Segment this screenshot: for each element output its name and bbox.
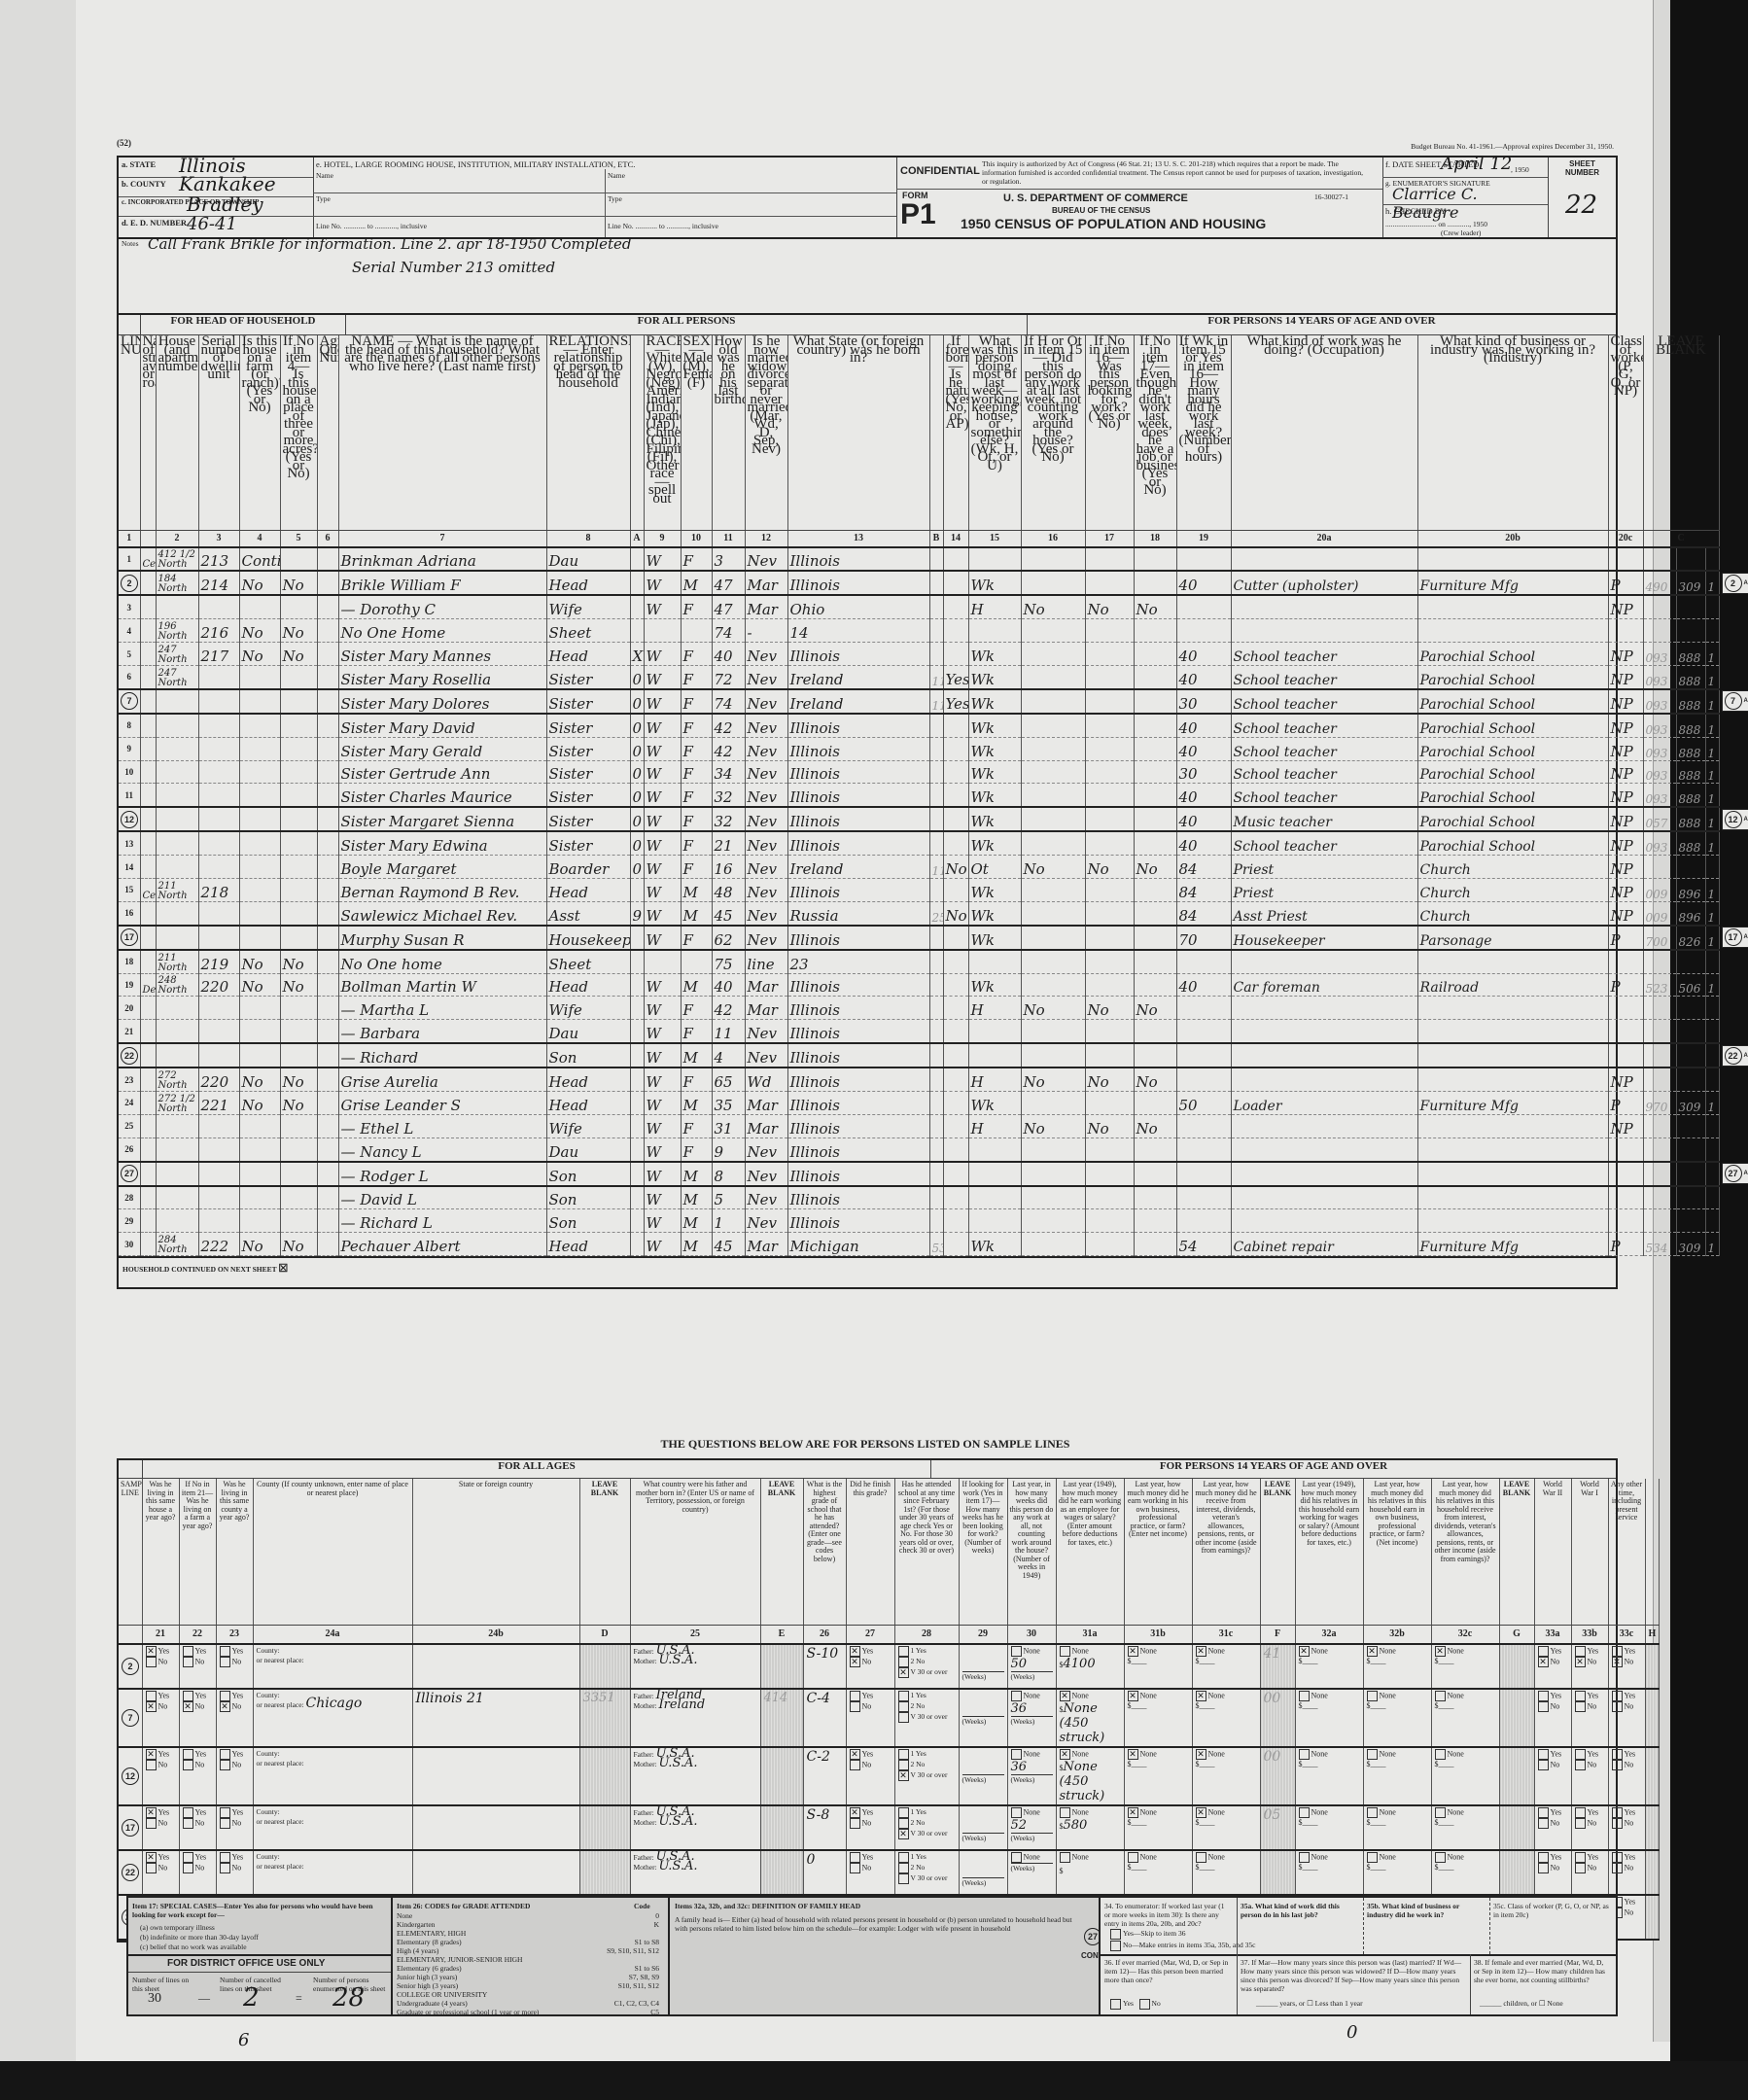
farm-answer: No: [239, 950, 280, 973]
marital-status: Nev: [745, 831, 787, 855]
q32c-none-checkbox[interactable]: [1435, 1807, 1446, 1818]
agri-questionnaire: [317, 831, 338, 855]
q31c-none-checkbox[interactable]: ✕: [1196, 1691, 1206, 1701]
q32a-none-checkbox[interactable]: [1299, 1807, 1310, 1818]
sex: M: [681, 878, 712, 901]
industry: Parochial School: [1417, 831, 1608, 855]
sample-cell: YesNo: [179, 1747, 216, 1805]
q22-no-checkbox[interactable]: [183, 1863, 193, 1873]
sample-cell: 1 Yes2 NoV 30 or over: [894, 1689, 959, 1747]
activity-last-week: [968, 1209, 1021, 1233]
q31b-none-checkbox[interactable]: ✕: [1128, 1646, 1138, 1657]
q28-no-checkbox[interactable]: [898, 1701, 909, 1712]
table-row: 1Center412 1/2 North213ContinuedBrinkman…: [119, 547, 1719, 572]
q23-yes-checkbox[interactable]: [220, 1691, 230, 1701]
race: W: [644, 643, 681, 666]
line-number: 16: [119, 901, 140, 925]
q23-no-checkbox[interactable]: [220, 1657, 230, 1667]
col-head-3: Serial number of dwelling unit: [198, 335, 239, 530]
birthplace: Illinois: [787, 1137, 929, 1161]
q32a-none-checkbox[interactable]: [1299, 1691, 1310, 1701]
q32c-none-checkbox[interactable]: [1435, 1852, 1446, 1863]
code-industry: [1676, 1067, 1705, 1091]
q27-yes-checkbox[interactable]: ✕: [850, 1807, 860, 1818]
farm-answer: [239, 595, 280, 618]
dwelling-serial: 220: [198, 973, 239, 997]
q33a-no-checkbox[interactable]: ✕: [1538, 1657, 1549, 1667]
q23-yes-checkbox[interactable]: [220, 1646, 230, 1657]
q30-none-checkbox[interactable]: [1011, 1807, 1022, 1818]
leave-blank-b: [929, 1114, 943, 1137]
age: 31: [712, 1114, 745, 1137]
looking-for-work: [1085, 807, 1134, 831]
q22-yes-checkbox[interactable]: [183, 1852, 193, 1863]
line-number: 11: [119, 784, 140, 807]
q36-no-checkbox[interactable]: [1139, 1999, 1150, 2010]
code-class: [1705, 1137, 1719, 1161]
q31c-none-checkbox[interactable]: ✕: [1196, 1749, 1206, 1760]
q33c-yes-checkbox[interactable]: [1612, 1691, 1623, 1701]
agri-questionnaire: [317, 1137, 338, 1161]
q21-yes-checkbox[interactable]: [146, 1691, 157, 1701]
code-industry: [1676, 1186, 1705, 1209]
age: 8: [712, 1162, 745, 1186]
person-name: Sister Mary Gerald: [338, 737, 546, 760]
q28-over30-checkbox[interactable]: [898, 1712, 909, 1723]
birthplace: Illinois: [787, 737, 929, 760]
age: 11: [712, 1020, 745, 1043]
race: W: [644, 760, 681, 784]
did-any-work: [1021, 547, 1085, 572]
code-industry: 888: [1676, 807, 1705, 831]
q27-yes-checkbox[interactable]: [850, 1852, 860, 1863]
activity-last-week: [968, 1137, 1021, 1161]
sample-col-num: H: [1645, 1625, 1659, 1644]
age: 3: [712, 547, 745, 572]
has-job: [1134, 619, 1176, 643]
age: 48: [712, 878, 745, 901]
line-number: 10: [119, 760, 140, 784]
naturalized: [943, 831, 968, 855]
activity-last-week: [968, 1186, 1021, 1209]
house-number: 196 North: [156, 619, 198, 643]
street-name: Center: [140, 878, 156, 901]
grade-code-item: ELEMENTARY, HIGH: [397, 1929, 659, 1938]
q34-no-label: No—Make entries in items 35a, 35b, and 3…: [1123, 1941, 1255, 1949]
q33b-yes-checkbox[interactable]: [1575, 1691, 1586, 1701]
col-head-1: Name of street, avenue, or road: [140, 335, 156, 530]
acres-answer: [280, 1162, 317, 1186]
class-of-worker: [1608, 1043, 1643, 1067]
sample-cell: ✕None$____: [1192, 1689, 1260, 1747]
department-name: U. S. DEPARTMENT OF COMMERCE: [1003, 192, 1188, 204]
q27-yes-checkbox[interactable]: ✕: [850, 1749, 860, 1760]
street-name: [140, 689, 156, 714]
q27-no-checkbox[interactable]: [850, 1760, 860, 1770]
q33a-yes-checkbox[interactable]: [1538, 1807, 1549, 1818]
q30-none-checkbox[interactable]: [1011, 1852, 1022, 1863]
naturalized: [943, 737, 968, 760]
occupation: [1231, 1162, 1417, 1186]
age: 74: [712, 689, 745, 714]
did-any-work: [1021, 878, 1085, 901]
leave-blank-a: [630, 1043, 644, 1067]
q33a-yes-checkbox[interactable]: [1538, 1749, 1549, 1760]
district-office-label: FOR DISTRICT OFFICE USE ONLY: [167, 1958, 325, 1969]
code-industry: 826: [1676, 926, 1705, 950]
street-name: [140, 1233, 156, 1256]
q28-over30-checkbox[interactable]: ✕: [898, 1770, 909, 1781]
industry: [1417, 997, 1608, 1020]
age: 32: [712, 807, 745, 831]
q33b-no-checkbox[interactable]: [1575, 1760, 1586, 1770]
hours-worked: 40: [1176, 831, 1231, 855]
q33b-yes-checkbox[interactable]: [1575, 1749, 1586, 1760]
q36-yes-checkbox[interactable]: [1110, 1999, 1121, 2010]
q33b-no-checkbox[interactable]: [1575, 1863, 1586, 1873]
sample-cell: 3351: [579, 1689, 630, 1747]
occupation: [1231, 1186, 1417, 1209]
sex: M: [681, 1091, 712, 1114]
table-row: 27— Rodger LSonWM8NevIllinois27ASK QUES.…: [119, 1162, 1719, 1186]
table-row: 26— Nancy LDauWF9NevIllinois26: [119, 1137, 1719, 1161]
q34-yes-checkbox[interactable]: [1110, 1929, 1121, 1940]
agri-questionnaire: [317, 595, 338, 618]
location-block: a. STATE Illinois b. COUNTY Kankakee c. …: [119, 157, 314, 237]
code-class: [1705, 1186, 1719, 1209]
q31c-none-checkbox[interactable]: ✕: [1196, 1807, 1206, 1818]
q31a-none-checkbox[interactable]: ✕: [1060, 1749, 1070, 1760]
q30-none-checkbox[interactable]: [1011, 1646, 1022, 1657]
q28-no-checkbox[interactable]: [898, 1760, 909, 1770]
q22-no-checkbox[interactable]: [183, 1760, 193, 1770]
code-industry: 896: [1676, 878, 1705, 901]
q31a-none-checkbox[interactable]: ✕: [1060, 1691, 1070, 1701]
q28-no-checkbox[interactable]: [898, 1657, 909, 1667]
q31b-none-checkbox[interactable]: ✕: [1128, 1749, 1138, 1760]
sample-cell: [1645, 1805, 1659, 1850]
leave-blank-a: 0: [630, 807, 644, 831]
q27-yes-checkbox[interactable]: [850, 1691, 860, 1701]
sample-cell: [760, 1850, 803, 1895]
agri-questionnaire: [317, 1043, 338, 1067]
looking-for-work: [1085, 1091, 1134, 1114]
line-no-range-1: Line No. ............ to ............, i…: [316, 222, 427, 230]
q23-yes-checkbox[interactable]: [220, 1852, 230, 1863]
q33c-yes-checkbox[interactable]: [1612, 1852, 1623, 1863]
street-name: [140, 1067, 156, 1091]
sex: F: [681, 760, 712, 784]
street-name: [140, 1137, 156, 1161]
line-number: 12: [119, 807, 140, 831]
house-number: [156, 807, 198, 831]
table-row: 20— Martha LWifeWF42MarIllinoisHNoNoNo20: [119, 997, 1719, 1020]
q33a-yes-checkbox[interactable]: [1538, 1691, 1549, 1701]
checked-by-label: h. CHECKED BY: [1385, 206, 1447, 216]
race: W: [644, 1067, 681, 1091]
q31b-none-checkbox[interactable]: [1128, 1852, 1138, 1863]
line-number: 13: [119, 831, 140, 855]
person-name: — Dorothy C: [338, 595, 546, 618]
activity-last-week: [968, 1043, 1021, 1067]
q33c-no-checkbox[interactable]: [1612, 1760, 1623, 1770]
looking-for-work: [1085, 878, 1134, 901]
relationship: Son: [546, 1043, 630, 1067]
q21-no-checkbox[interactable]: [146, 1657, 157, 1667]
q27-no-checkbox[interactable]: [850, 1863, 860, 1873]
q28-no-checkbox[interactable]: [898, 1863, 909, 1873]
sex: M: [681, 973, 712, 997]
q32c-none-checkbox[interactable]: ✕: [1435, 1646, 1446, 1657]
q28-yes-checkbox[interactable]: [898, 1691, 909, 1701]
q30-none-checkbox[interactable]: [1011, 1691, 1022, 1701]
class-of-worker: NP: [1608, 831, 1643, 855]
hours-worked: [1176, 547, 1231, 572]
activity-last-week: [968, 619, 1021, 643]
q33a-no-checkbox[interactable]: [1538, 1863, 1549, 1873]
q33a-yes-checkbox[interactable]: [1538, 1646, 1549, 1657]
q31a-none-checkbox[interactable]: [1060, 1807, 1070, 1818]
q22-yes-checkbox[interactable]: [183, 1691, 193, 1701]
person-name: Sister Mary Mannes: [338, 643, 546, 666]
q27-yes-checkbox[interactable]: ✕: [850, 1646, 860, 1657]
q33a-no-checkbox[interactable]: [1538, 1818, 1549, 1829]
code-class: 1: [1705, 571, 1719, 595]
leave-blank-a: 0: [630, 784, 644, 807]
q33a-no-checkbox[interactable]: [1538, 1701, 1549, 1712]
q34-no-checkbox[interactable]: [1110, 1941, 1121, 1951]
sample-cell: Yes✕No: [1534, 1644, 1571, 1689]
q33b-no-checkbox[interactable]: [1575, 1818, 1586, 1829]
q33c-no-checkbox[interactable]: [1612, 1818, 1623, 1829]
q33c-no-checkbox[interactable]: [1612, 1863, 1623, 1873]
q28-over30-checkbox[interactable]: [898, 1873, 909, 1884]
q23-no-checkbox[interactable]: [220, 1818, 230, 1829]
looking-for-work: No: [1085, 1114, 1134, 1137]
code-occupation: [1643, 997, 1676, 1020]
q22-no-checkbox[interactable]: [183, 1657, 193, 1667]
agri-questionnaire: [317, 689, 338, 714]
house-number: [156, 901, 198, 925]
q28-yes-checkbox[interactable]: [898, 1646, 909, 1657]
birthplace: Illinois: [787, 997, 929, 1020]
question-34: 34. To enumerator: If worked last year (…: [1104, 1902, 1231, 1928]
q33c-yes-checkbox[interactable]: [1612, 1646, 1623, 1657]
table-row: 3— Dorothy CWifeWF47MarOhioHNoNoNoNP3: [119, 595, 1719, 618]
q23-yes-checkbox[interactable]: [220, 1807, 230, 1818]
dwelling-serial: [198, 831, 239, 855]
q32b-none-checkbox[interactable]: ✕: [1367, 1646, 1378, 1657]
code-industry: 888: [1676, 760, 1705, 784]
household-continued-checkbox[interactable]: ☒: [278, 1263, 288, 1275]
street-name: [140, 926, 156, 950]
hours-worked: [1176, 619, 1231, 643]
activity-last-week: Wk: [968, 784, 1021, 807]
table-row: 14Boyle MargaretBoarder0WF16NevIreland11…: [119, 856, 1719, 879]
class-of-worker: NP: [1608, 901, 1643, 925]
q32b-none-checkbox[interactable]: [1367, 1749, 1378, 1760]
q27-no-checkbox[interactable]: [850, 1818, 860, 1829]
activity-last-week: Wk: [968, 689, 1021, 714]
q31b-none-checkbox[interactable]: ✕: [1128, 1691, 1138, 1701]
sample-cell: ✕Yes✕No: [846, 1644, 894, 1689]
q33c-no-checkbox[interactable]: [1612, 1701, 1623, 1712]
q32b-none-checkbox[interactable]: [1367, 1852, 1378, 1863]
q22-no-checkbox[interactable]: ✕: [183, 1701, 193, 1712]
q23-no-checkbox[interactable]: ✕: [220, 1701, 230, 1712]
q32c-none-checkbox[interactable]: [1435, 1691, 1446, 1701]
birthplace: Illinois: [787, 1162, 929, 1186]
line-number: 14: [119, 856, 140, 879]
naturalized: [943, 1233, 968, 1256]
q32a-none-checkbox[interactable]: [1299, 1749, 1310, 1760]
leave-blank-a: [630, 1233, 644, 1256]
q21-yes-checkbox[interactable]: ✕: [146, 1807, 157, 1818]
sample-cell: YesNo: [179, 1805, 216, 1850]
q22-no-checkbox[interactable]: [183, 1818, 193, 1829]
line-number: 3: [119, 595, 140, 618]
dwelling-serial: [198, 1020, 239, 1043]
q23-yes-checkbox[interactable]: [220, 1749, 230, 1760]
grade-code-item: Senior high (3 years)S10, S11, S12: [397, 1981, 659, 1990]
did-any-work: [1021, 689, 1085, 714]
q31a-none-checkbox[interactable]: [1060, 1852, 1070, 1863]
age: 74: [712, 619, 745, 643]
sample-cell: None50(Weeks): [1007, 1644, 1056, 1689]
race: W: [644, 878, 681, 901]
person-name: Murphy Susan R: [338, 926, 546, 950]
q27-no-checkbox[interactable]: [850, 1701, 860, 1712]
minus-sign: —: [198, 1991, 210, 2006]
q28-over30-checkbox[interactable]: ✕: [898, 1667, 909, 1678]
sample-row: 17✕YesNoYesNoYesNoCounty:or nearest plac…: [119, 1805, 1659, 1850]
farm-answer: [239, 784, 280, 807]
did-any-work: [1021, 926, 1085, 950]
farm-answer: [239, 1186, 280, 1209]
q32c-none-checkbox[interactable]: [1435, 1749, 1446, 1760]
q21-yes-checkbox[interactable]: ✕: [146, 1646, 157, 1657]
q22-yes-checkbox[interactable]: [183, 1749, 193, 1760]
code-occupation: 009: [1643, 878, 1676, 901]
table-row: 22— RichardSonWM4NevIllinois22ASK QUES. …: [119, 1043, 1719, 1067]
farm-answer: [239, 997, 280, 1020]
sample-cell: YesNo: [1534, 1689, 1571, 1747]
q31b-none-checkbox[interactable]: ✕: [1128, 1807, 1138, 1818]
q33b-no-checkbox[interactable]: ✕: [1575, 1657, 1586, 1667]
sex: F: [681, 595, 712, 618]
code-class: 1: [1705, 643, 1719, 666]
q28-no-checkbox[interactable]: [898, 1818, 909, 1829]
occupation: School teacher: [1231, 643, 1417, 666]
q21-yes-checkbox[interactable]: ✕: [146, 1749, 157, 1760]
q33a-yes-checkbox[interactable]: [1538, 1852, 1549, 1863]
relationship: Dau: [546, 547, 630, 572]
q33b-yes-checkbox[interactable]: [1575, 1852, 1586, 1863]
industry: Parochial School: [1417, 737, 1608, 760]
q33b-no-checkbox[interactable]: [1575, 1701, 1586, 1712]
q31c-none-checkbox[interactable]: [1196, 1852, 1206, 1863]
q32b-none-checkbox[interactable]: [1367, 1691, 1378, 1701]
q32a-none-checkbox[interactable]: [1299, 1852, 1310, 1863]
q21-no-checkbox[interactable]: [146, 1818, 157, 1829]
q22-yes-checkbox[interactable]: [183, 1646, 193, 1657]
q32a-none-checkbox[interactable]: ✕: [1299, 1646, 1310, 1657]
q21-no-checkbox[interactable]: [146, 1760, 157, 1770]
q31c-none-checkbox[interactable]: ✕: [1196, 1646, 1206, 1657]
q23-no-checkbox[interactable]: [220, 1760, 230, 1770]
q33b-yes-checkbox[interactable]: [1575, 1646, 1586, 1657]
q30-none-checkbox[interactable]: [1011, 1749, 1022, 1760]
q33a-no-checkbox[interactable]: [1538, 1760, 1549, 1770]
hours-worked: 84: [1176, 856, 1231, 879]
street-name: [140, 1043, 156, 1067]
sample-col-head-24b: State or foreign country: [412, 1479, 579, 1625]
dwelling-serial: 213: [198, 547, 239, 572]
person-name: — Richard: [338, 1043, 546, 1067]
q23-no-checkbox[interactable]: [220, 1863, 230, 1873]
code-class: 1: [1705, 689, 1719, 714]
leave-blank-a: [630, 619, 644, 643]
q21-no-checkbox[interactable]: [146, 1863, 157, 1873]
hours-worked: 40: [1176, 714, 1231, 737]
farm-answer: [239, 926, 280, 950]
q33c-yes-checkbox[interactable]: [1612, 1749, 1623, 1760]
q31a-none-checkbox[interactable]: [1060, 1646, 1070, 1657]
activity-last-week: Wk: [968, 643, 1021, 666]
sample-cell: YesNo: [1608, 1850, 1645, 1895]
q27-no-checkbox[interactable]: ✕: [850, 1657, 860, 1667]
q28-over30-checkbox[interactable]: ✕: [898, 1829, 909, 1839]
leave-blank-a: [630, 973, 644, 997]
leave-blank-a: [630, 1091, 644, 1114]
looking-for-work: No: [1085, 1067, 1134, 1091]
sample-cell: S-10: [803, 1644, 846, 1689]
q22-yes-checkbox[interactable]: [183, 1807, 193, 1818]
relationship: Sister: [546, 784, 630, 807]
occupation: School teacher: [1231, 760, 1417, 784]
code-industry: [1676, 619, 1705, 643]
q33c-no-checkbox[interactable]: ✕: [1612, 1657, 1623, 1667]
table-row: 12Sister Margaret SiennaSister0WF32NevIl…: [119, 807, 1719, 831]
code-class: [1705, 856, 1719, 879]
q28-yes-checkbox[interactable]: [898, 1852, 909, 1863]
q21-no-checkbox[interactable]: ✕: [146, 1701, 157, 1712]
occupation: School teacher: [1231, 784, 1417, 807]
hours-worked: [1176, 1020, 1231, 1043]
race: W: [644, 595, 681, 618]
looking-for-work: [1085, 1137, 1134, 1161]
sample-cell: [1499, 1689, 1534, 1747]
relationship: Housekeeper: [546, 926, 630, 950]
sample-cell: C-2: [803, 1747, 846, 1805]
sample-section-title: THE QUESTIONS BELOW ARE FOR PERSONS LIST…: [117, 1437, 1614, 1452]
q32b-none-checkbox[interactable]: [1367, 1807, 1378, 1818]
col-head-20c: Class of worker (P, G, O, or NP): [1608, 335, 1643, 530]
grade-code-item: ELEMENTARY, JUNIOR-SENIOR HIGH: [397, 1955, 659, 1964]
q21-yes-checkbox[interactable]: ✕: [146, 1852, 157, 1863]
q28-yes-checkbox[interactable]: [898, 1807, 909, 1818]
birthplace: Illinois: [787, 1114, 929, 1137]
sample-cell: None(Weeks): [1007, 1850, 1056, 1895]
agri-questionnaire: [317, 856, 338, 879]
person-name: — Martha L: [338, 997, 546, 1020]
sex: F: [681, 831, 712, 855]
sex: F: [681, 737, 712, 760]
street-name: [140, 737, 156, 760]
q28-yes-checkbox[interactable]: [898, 1749, 909, 1760]
q33b-yes-checkbox[interactable]: [1575, 1807, 1586, 1818]
q33c-yes-checkbox[interactable]: [1612, 1807, 1623, 1818]
